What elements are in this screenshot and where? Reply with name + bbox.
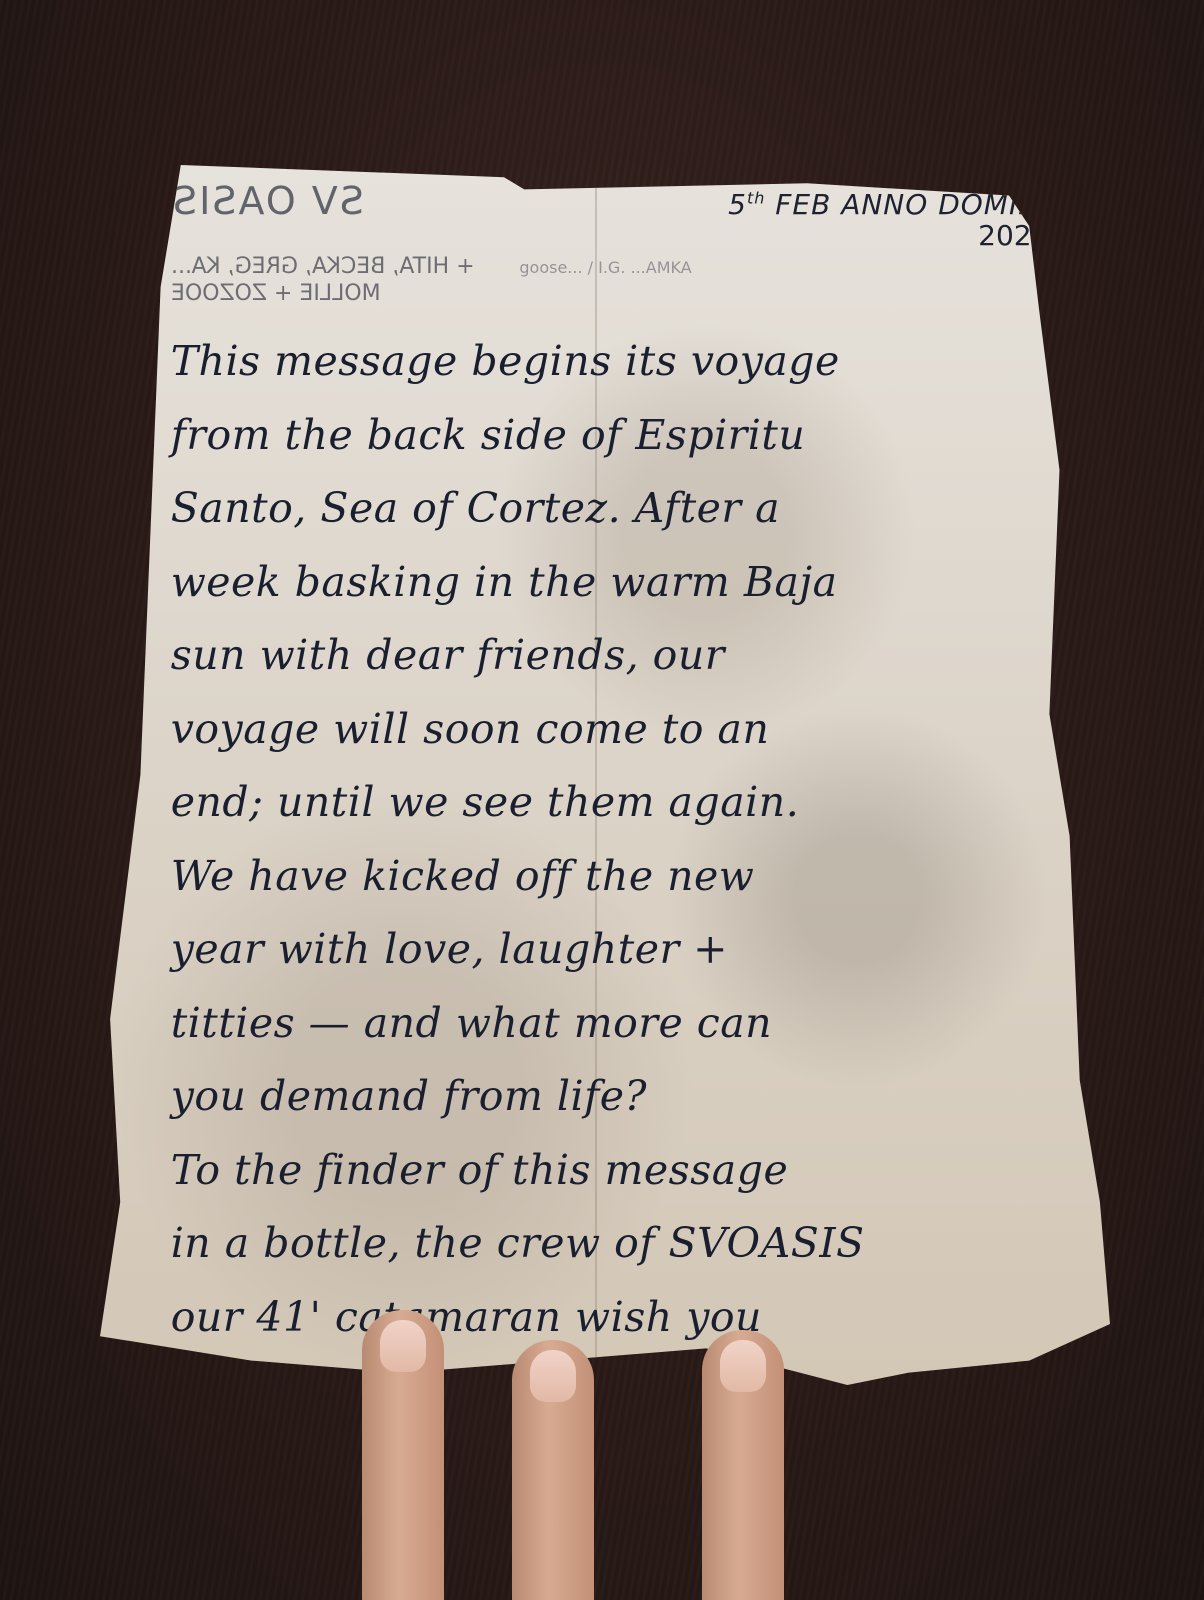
- vessel-name-mirrored: SV OASIS: [171, 179, 364, 223]
- letter-line: year with love, laughter +: [171, 913, 1060, 987]
- letter-body: This message begins its voyage from the …: [171, 325, 1060, 1428]
- letter-line: week basking in the warm Baja: [171, 546, 1060, 620]
- letter-line: our 41' catamaran wish you: [171, 1281, 1060, 1355]
- letter-header: SV OASIS 5th FEB ANNO DOMINI 2026 + HITA…: [171, 179, 1050, 306]
- letter-line: in a bottle, the crew of SVOASIS: [171, 1207, 1060, 1281]
- crew-names-line-1: + HITA, BECKA, GREG, KA...: [171, 254, 475, 279]
- finger-middle: [512, 1340, 594, 1600]
- finger-ring: [702, 1330, 784, 1600]
- faint-note: goose... / I.G. ...AMKA: [519, 258, 691, 277]
- fingernail: [380, 1320, 426, 1372]
- letter-line: We have kicked off the new: [171, 840, 1060, 914]
- fingernail: [530, 1350, 576, 1402]
- letter-line: from the back side of Espiritu: [171, 399, 1060, 473]
- letter-paper: SV OASIS 5th FEB ANNO DOMINI 2026 + HITA…: [100, 165, 1110, 1385]
- crew-names-line-2: MOLLIE + ZOZOOE: [171, 281, 381, 306]
- letter-year: 2026: [171, 219, 1050, 252]
- letter-line: you demand from life?: [171, 1060, 1060, 1134]
- fingernail: [720, 1340, 766, 1392]
- finger-index: [362, 1310, 444, 1600]
- letter-line: Santo, Sea of Cortez. After a: [171, 472, 1060, 546]
- letter-line: This message begins its voyage: [171, 325, 1060, 399]
- letter-line: sun with dear friends, our: [171, 619, 1060, 693]
- letter-line: end; until we see them again.: [171, 766, 1060, 840]
- letter-line: titties — and what more can: [171, 987, 1060, 1061]
- letter-line: To the finder of this message: [171, 1134, 1060, 1208]
- letter-line: voyage will soon come to an: [171, 693, 1060, 767]
